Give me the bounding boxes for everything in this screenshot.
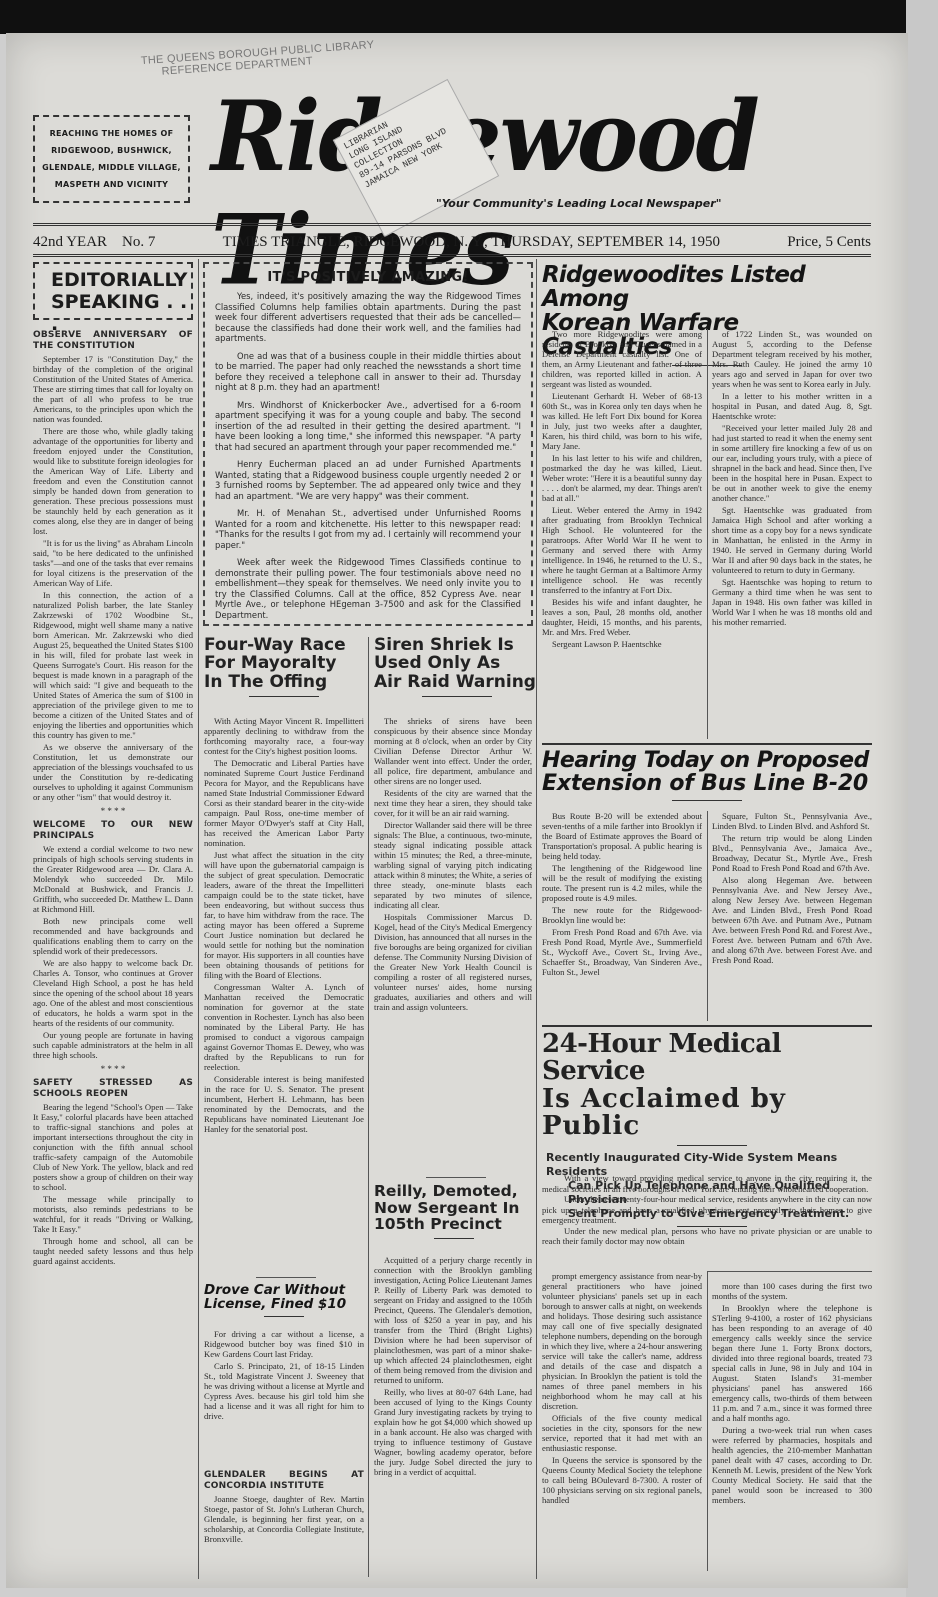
paragraph: Sgt. Haentschke was graduated from Jamai… <box>712 505 872 575</box>
paragraph: As we observe the anniversary of the Con… <box>33 742 193 802</box>
circulation-line: GLENDALE, MIDDLE VILLAGE, <box>35 159 188 176</box>
headline-line: Reilly, Demoted, <box>374 1183 534 1200</box>
headline-rule <box>264 1316 304 1317</box>
headline-line: Four-Way Race <box>204 636 364 654</box>
paragraph: In Brooklyn where the telephone is STerl… <box>712 1303 872 1423</box>
headline-rule <box>422 696 492 697</box>
column-rule <box>707 1271 872 1272</box>
paragraph: Also along Hegeman Ave. between Pennsylv… <box>712 875 872 965</box>
paragraph: The message while principally to motoris… <box>33 1194 193 1234</box>
column-divider <box>368 637 369 1577</box>
editorial-box: EDITORIALLY SPEAKING . . . <box>33 262 193 320</box>
paragraph: more than 100 cases during the first two… <box>712 1281 872 1301</box>
headline-rule <box>672 800 742 801</box>
paragraph: The return trip would be along Linden Bl… <box>712 833 872 873</box>
paragraph: From Fresh Pond Road and 67th Ave. via F… <box>542 927 702 977</box>
paragraph: With Acting Mayor Vincent R. Impellitter… <box>204 716 364 756</box>
separator: * * * * <box>33 1064 193 1074</box>
paragraph: of 1722 Linden St., was wounded on Augus… <box>712 329 872 389</box>
story-rule <box>256 1277 316 1278</box>
paragraph: In a letter to his mother written in a h… <box>712 391 872 421</box>
paragraph: Square, Fulton St., Pennsylvania Ave., L… <box>712 811 872 831</box>
paragraph: Joanne Stoege, daughter of Rev. Martin S… <box>204 1494 364 1544</box>
bus-column-1: Bus Route B-20 will be extended about se… <box>542 811 702 979</box>
place-date: TIMES TRIANGLE, RIDGEWOOD, N. Y., THURSD… <box>223 234 720 251</box>
circulation-line: MASPETH AND VICINITY <box>35 176 188 193</box>
paragraph: Lieut. Weber entered the Army in 1942 af… <box>542 505 702 595</box>
paragraph: Yes, indeed, it's positively amazing the… <box>215 291 521 344</box>
headline-line: Air Raid Warning <box>374 673 539 691</box>
editorial-title: EDITORIALLY <box>51 269 191 291</box>
editorial-subhead: SAFETY STRESSED AS SCHOOLS REOPEN <box>33 1078 193 1100</box>
paragraph: Sergeant Lawson P. Haentschke <box>542 639 702 649</box>
headline-line: License, Fined $10 <box>204 1297 364 1311</box>
siren-headline: Siren Shriek Is Used Only As Air Raid Wa… <box>374 636 539 702</box>
mayoralty-headline: Four-Way Race For Mayoralty In The Offin… <box>204 636 364 702</box>
headline-line: Ridgewoodites Listed Among <box>542 263 872 311</box>
paragraph: One ad was that of a business couple in … <box>215 351 521 393</box>
headline-line: Hearing Today on Proposed <box>542 749 872 772</box>
paragraph: Henry Eucherman placed an ad under Furni… <box>215 459 521 501</box>
paragraph: The new route for the Ridgewood-Brooklyn… <box>542 905 702 925</box>
paragraph: Mr. H. of Menahan St., advertised under … <box>215 508 521 550</box>
newspaper-page: THE QUEENS BOROUGH PUBLIC LIBRARY REFERE… <box>6 33 908 1588</box>
glendaler-subhead: GLENDALER BEGINS AT CONCORDIA INSTITUTE <box>204 1470 364 1492</box>
paragraph: Officials of the five county medical soc… <box>542 1413 702 1453</box>
medical-lead: With a view toward providing medical ser… <box>542 1173 872 1247</box>
editorial-subhead: OBSERVE ANNIVERSARY OF THE CONSTITUTION <box>33 330 193 352</box>
reilly-column: Acquitted of a perjury charge recently i… <box>374 1255 532 1479</box>
paragraph: With a view toward providing medical ser… <box>542 1173 872 1194</box>
circulation-line: REACHING THE HOMES OF <box>35 125 188 142</box>
paragraph: September 17 is "Constitution Day," the … <box>33 354 193 424</box>
paragraph: Congressman Walter A. Lynch of Manhattan… <box>204 982 364 1072</box>
mayoralty-column: With Acting Mayor Vincent R. Impellitter… <box>204 716 364 1136</box>
headline-line: Siren Shriek Is <box>374 636 539 654</box>
dateline: 42nd YEAR No. 7 TIMES TRIANGLE, RIDGEWOO… <box>33 234 871 251</box>
paragraph: Sgt. Haentschke was hoping to return to … <box>712 577 872 627</box>
paragraph: In his last letter to his wife and child… <box>542 453 702 503</box>
volume-number: 42nd YEAR No. 7 <box>33 234 155 251</box>
paragraph: There are those who, while gladly taking… <box>33 426 193 536</box>
paragraph: Considerable interest is being manifeste… <box>204 1074 364 1134</box>
siren-column: The shrieks of sirens have been conspicu… <box>374 716 532 1014</box>
headline-line: Is Acclaimed by Public <box>542 1086 882 1141</box>
paragraph: Week after week the Ridgewood Times Clas… <box>215 557 521 620</box>
paragraph: The lengthening of the Ridgewood line wi… <box>542 863 702 903</box>
column-divider <box>198 259 199 1579</box>
medical-column-1: prompt emergency assistance from near-by… <box>542 1271 702 1507</box>
headline-line: 24-Hour Medical Service <box>542 1031 882 1086</box>
paragraph: Both new principals come well recommende… <box>33 916 193 956</box>
paragraph: Under the new twenty-four-hour medical s… <box>542 1194 872 1226</box>
paragraph: Reilly, who lives at 80-07 64th Lane, ha… <box>374 1387 532 1477</box>
paragraph: Besides his wife and infant daughter, he… <box>542 597 702 637</box>
paragraph: Hospitals Commissioner Marcus D. Kogel, … <box>374 912 532 1012</box>
headline-line: Used Only As <box>374 654 539 672</box>
paragraph: Carlo S. Principato, 21, of 18-15 Linden… <box>204 1361 364 1421</box>
paragraph: Our young people are fortunate in having… <box>33 1030 193 1060</box>
classified-ad-box: IT'S POSITIVELY AMAZING! Yes, indeed, it… <box>203 262 533 626</box>
column-divider <box>707 811 708 1021</box>
separator: * * * * <box>33 806 193 816</box>
drove-car-headline: Drove Car Without License, Fined $10 <box>204 1283 364 1322</box>
headline-line: 105th Precinct <box>374 1216 534 1233</box>
masthead-slogan: "Your Community's Leading Local Newspape… <box>436 197 721 210</box>
column-divider <box>536 259 537 1579</box>
headline-line: For Mayoralty <box>204 654 364 672</box>
circulation-box: REACHING THE HOMES OF RIDGEWOOD, BUSHWIC… <box>33 115 190 203</box>
medical-column-2: more than 100 cases during the first two… <box>712 1281 872 1507</box>
glendaler-column: GLENDALER BEGINS AT CONCORDIA INSTITUTEJ… <box>204 1467 364 1546</box>
headline-rule <box>249 696 319 697</box>
paragraph: During a two-week trial run when cases w… <box>712 1425 872 1505</box>
paragraph: "It is for us the living" as Abraham Lin… <box>33 538 193 588</box>
paragraph: Bus Route B-20 will be extended about se… <box>542 811 702 861</box>
paragraph: "Received your letter mailed July 28 and… <box>712 423 872 503</box>
library-stamp: THE QUEENS BOROUGH PUBLIC LIBRARY REFERE… <box>140 39 375 79</box>
reilly-headline: Reilly, Demoted, Now Sergeant In 105th P… <box>374 1183 534 1244</box>
paragraph: The Democratic and Liberal Parties have … <box>204 758 364 848</box>
paragraph: In Queens the service is sponsored by th… <box>542 1455 702 1505</box>
paragraph: Acquitted of a perjury charge recently i… <box>374 1255 532 1385</box>
section-rule <box>542 743 872 745</box>
classified-ad-title: IT'S POSITIVELY AMAZING! <box>215 270 521 285</box>
paragraph: Lieutenant Gerhardt H. Weber of 68-13 60… <box>542 391 702 451</box>
headline-line: In The Offing <box>204 673 364 691</box>
paragraph: In this connection, the action of a natu… <box>33 590 193 740</box>
paragraph: Director Wallander said there will be th… <box>374 820 532 910</box>
paragraph: Through home and school, all can be taug… <box>33 1236 193 1266</box>
headline-rule <box>677 1145 747 1146</box>
paragraph: Bearing the legend "School's Open — Take… <box>33 1102 193 1192</box>
dateline-rule <box>33 254 871 257</box>
column-divider <box>707 329 708 739</box>
korea-column-2: of 1722 Linden St., was wounded on Augus… <box>712 329 872 629</box>
paragraph: Two more Ridgewoodites were among reside… <box>542 329 702 389</box>
column-divider <box>707 1271 708 1571</box>
drove-car-column: For driving a car without a license, a R… <box>204 1329 364 1423</box>
story-rule <box>426 1177 486 1178</box>
bus-column-2: Square, Fulton St., Pennsylvania Ave., L… <box>712 811 872 967</box>
paragraph: Residents of the city are warned that th… <box>374 788 532 818</box>
circulation-line: RIDGEWOOD, BUSHWICK, <box>35 142 188 159</box>
korea-column-1: Two more Ridgewoodites were among reside… <box>542 329 702 651</box>
paragraph: prompt emergency assistance from near-by… <box>542 1271 702 1411</box>
masthead-rule <box>33 223 871 226</box>
paragraph: We extend a cordial welcome to two new p… <box>33 844 193 914</box>
paragraph: For driving a car without a license, a R… <box>204 1329 364 1359</box>
headline-line: Extension of Bus Line B-20 <box>542 772 872 795</box>
section-rule <box>542 1025 872 1027</box>
scanner-top-border <box>0 0 938 34</box>
editorial-column: OBSERVE ANNIVERSARY OF THE CONSTITUTIONS… <box>33 327 193 1268</box>
paragraph: Just what affect the situation in the ci… <box>204 850 364 980</box>
headline-rule <box>434 1238 474 1239</box>
paragraph: Under the new medical plan, persons who … <box>542 1226 872 1247</box>
headline-line: Now Sergeant In <box>374 1200 534 1217</box>
classified-ad-body: Yes, indeed, it's positively amazing the… <box>215 291 521 620</box>
bus-headline: Hearing Today on Proposed Extension of B… <box>542 749 872 806</box>
price: Price, 5 Cents <box>787 234 871 251</box>
paragraph: The shrieks of sirens have been conspicu… <box>374 716 532 786</box>
scanner-right-margin <box>906 0 938 1597</box>
editorial-subhead: WELCOME TO OUR NEW PRINCIPALS <box>33 820 193 842</box>
headline-line: Drove Car Without <box>204 1283 364 1297</box>
paragraph: Mrs. Windhorst of Knickerbocker Ave., ad… <box>215 400 521 453</box>
paragraph: We are also happy to welcome back Dr. Ch… <box>33 958 193 1028</box>
